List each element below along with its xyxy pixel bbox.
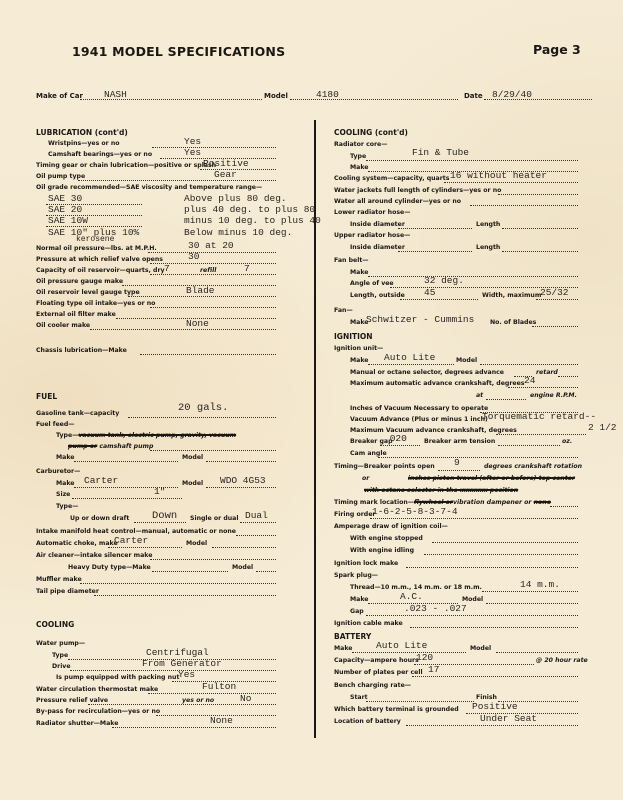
water-around-label: Water all around cylinder—yes or no [334, 198, 461, 206]
lower-length-field[interactable] [502, 228, 578, 229]
level-gauge-field[interactable] [128, 296, 276, 297]
refill-label: refill [200, 267, 216, 274]
gas-tank-label: Gasoline tank—capacity [36, 410, 119, 418]
page-number: Page 3 [533, 42, 581, 57]
oil-pump-field[interactable] [78, 180, 276, 181]
fan-make-value: Schwitzer - Cummins [366, 315, 474, 325]
fuel-make-label: Make [56, 454, 74, 462]
wristpins-label: Wristpins—yes or no [48, 140, 120, 148]
belt-width-field[interactable] [536, 299, 578, 300]
cooling-capacity-value: 16 without heater [450, 171, 547, 181]
arm-tension-label: Breaker arm tension [424, 438, 495, 446]
section-ignition: IGNITION [334, 332, 373, 341]
fuel-type-field[interactable] [150, 450, 276, 451]
pump-drive-field[interactable] [70, 670, 276, 671]
timing-lube-field[interactable] [200, 169, 276, 170]
max-vacuum-field[interactable] [496, 434, 586, 435]
model-label: Model [264, 92, 288, 100]
battery-rate-label: @ 20 hour rate [536, 657, 588, 664]
packing-nut-value: Yes [178, 670, 195, 680]
upper-inside-field[interactable] [398, 251, 472, 252]
battery-model-field[interactable] [496, 652, 578, 653]
timing-points-value: 9 [454, 458, 460, 468]
timing-lube-value: Positive [203, 159, 249, 169]
carb-type-label: Type— [56, 503, 78, 511]
carburetor-label: Carburetor— [36, 468, 80, 476]
ign-make-value: Auto Lite [384, 353, 435, 363]
cooling-capacity-label: Cooling system—capacity, quarts [334, 175, 449, 183]
amperage-label: Amperage draw of ignition coil— [334, 523, 448, 531]
angle-vee-value: 32 deg. [424, 276, 464, 286]
oil-capacity-label: Capacity of oil reservoir—quarts, dry [36, 267, 165, 275]
oil-capacity-refill: 7 [244, 264, 250, 274]
belt-length-field[interactable] [400, 299, 478, 300]
engine-idling-label: With engine idling [350, 547, 414, 555]
water-jackets-label: Water jackets full length of cylinders—y… [334, 187, 501, 195]
oil-grade-sae: SAE 30 [48, 194, 82, 204]
thermostat-value: Fulton [202, 682, 236, 692]
engine-stopped-field[interactable] [432, 542, 578, 543]
fuel-type-struck: vacuum tank, electric pump, gravity, vac… [78, 432, 236, 439]
heavy-duty-label: Heavy Duty type—Make [68, 564, 151, 572]
oil-grade-range: minus 10 deg. to plus 40 [184, 216, 321, 226]
chassis-lube-field[interactable] [140, 354, 276, 355]
oil-cooler-value: None [186, 319, 209, 329]
draft-field[interactable] [134, 522, 186, 523]
single-dual-value: Dual [245, 511, 268, 521]
battery-capacity-value: 120 [416, 653, 433, 663]
muffler-label: Muffler make [36, 576, 82, 584]
fan-blades-field[interactable] [532, 326, 578, 327]
carb-make-value: Carter [84, 476, 118, 486]
wristpins-field[interactable] [152, 147, 276, 148]
oil-pressure-label: Normal oil pressure—lbs. at M.P.H. [36, 245, 157, 253]
oil-pressure-value: 30 at 20 [188, 241, 234, 251]
ign-make-field[interactable] [368, 364, 454, 365]
section-lubrication: LUBRICATION (cont'd) [36, 128, 128, 137]
timing-struck-1: inches piston travel (after or before) t… [408, 475, 575, 482]
pressure-relief-hint: yes or no [182, 697, 214, 704]
pump-type-label: Type [52, 652, 68, 660]
spark-plug-label: Spark plug— [334, 572, 378, 580]
plug-make-label: Make [350, 596, 368, 604]
oil-grade-range: plus 40 deg. to plus 80 [184, 205, 315, 215]
choke-label: Automatic choke, make [36, 540, 118, 548]
thread-value: 14 m.m. [520, 580, 560, 590]
oil-grade-sae-note: kerosene [76, 235, 114, 245]
upper-hose-label: Upper radiator hose— [334, 232, 410, 240]
fuel-model-label: Model [182, 454, 203, 462]
core-type-field[interactable] [366, 160, 578, 161]
heavy-duty-model-label: Model [232, 564, 253, 572]
thermostat-field[interactable] [148, 693, 276, 694]
section-cooling-cont: COOLING (cont'd) [334, 128, 408, 137]
angle-vee-label: Angle of vee [350, 280, 394, 288]
oil-grade-label: Oil grade recommended—SAE viscosity and … [36, 184, 262, 192]
battery-make-label: Make [334, 645, 352, 653]
carb-model-label: Model [182, 480, 203, 488]
oil-grade-range: Above plus 80 deg. [184, 194, 287, 204]
section-fuel: FUEL [36, 392, 57, 401]
ground-terminal-value: Positive [472, 702, 518, 712]
timing-points-label: Timing—Breaker points open [334, 463, 435, 471]
battery-model-label: Model [470, 645, 491, 653]
rpm-field[interactable] [486, 399, 526, 400]
core-make-label: Make [350, 164, 368, 172]
arm-tension-field[interactable] [498, 445, 560, 446]
fan-belt-label: Fan belt— [334, 257, 369, 265]
fuel-make-field[interactable] [74, 461, 178, 462]
heavy-duty-model-field[interactable] [256, 571, 276, 572]
level-gauge-label: Oil reservoir level gauge type [36, 289, 140, 297]
shutter-value: None [210, 716, 233, 726]
timing-or-label: or [362, 475, 369, 482]
core-type-label: Type [350, 153, 366, 161]
battery-location-field[interactable] [406, 725, 578, 726]
plug-model-field[interactable] [486, 603, 578, 604]
battery-make-field[interactable] [352, 652, 466, 653]
bench-start-field[interactable] [366, 701, 474, 702]
relief-valve-label: Pressure at which relief valve opens [36, 256, 163, 264]
timing-points-field[interactable] [438, 470, 480, 471]
firing-order-value: 1-6-2-5-8-3-7-4 [372, 507, 458, 517]
manifold-heat-field[interactable] [236, 535, 276, 536]
breaker-gap-field[interactable] [380, 445, 420, 446]
choke-model-label: Model [186, 540, 207, 548]
pump-drive-value: From Generator [142, 659, 222, 669]
ground-terminal-label: Which battery terminal is grounded [334, 706, 459, 714]
max-advance-label: Maximum automatic advance crankshaft, de… [350, 380, 524, 388]
vacuum-ops-label: Inches of Vacuum Necessary to operate [350, 405, 488, 413]
plug-gap-field[interactable] [366, 615, 578, 616]
battery-capacity-label: Capacity—ampere hours [334, 657, 419, 665]
level-gauge-value: Blade [186, 286, 215, 296]
page-title: 1941 MODEL SPECIFICATIONS [72, 44, 285, 59]
timing-struck-2: with octane selector in the xxxxxxx posi… [364, 487, 518, 494]
max-advance-field[interactable] [508, 387, 578, 388]
ign-make-label: Make [350, 357, 368, 365]
belt-width-label: Width, maximum [482, 292, 541, 300]
retard-label: retard [536, 369, 558, 376]
oil-grade-sae: SAE 10W [48, 216, 88, 226]
fuel-type-remaining: camshaft pump [99, 443, 153, 450]
timing-mark-field[interactable] [550, 506, 578, 507]
timing-mark-rest: vibration dampener or [453, 499, 532, 506]
upper-inside-label: Inside diameter [350, 244, 405, 252]
battery-make-value: Auto Lite [376, 641, 427, 651]
make-of-car-label: Make of Car [36, 92, 83, 100]
date-label: Date [464, 92, 483, 100]
bench-start-label: Start [350, 694, 368, 702]
section-cooling: COOLING [36, 620, 74, 629]
muffler-field[interactable] [80, 583, 276, 584]
lower-inside-label: Inside diameter [350, 221, 405, 229]
choke-model-field[interactable] [212, 547, 276, 548]
pressure-relief-value: No [240, 694, 251, 704]
breaker-gap-value: .020 [384, 434, 407, 444]
at-label: at [476, 392, 483, 399]
date-value: 8/29/40 [492, 89, 532, 100]
oil-grade-sae: SAE 20 [48, 205, 82, 215]
oil-capacity-dry: 7 [164, 264, 170, 274]
ignition-cable-label: Ignition cable make [334, 620, 403, 628]
timing-mark-label: Timing mark location— [334, 499, 414, 506]
timing-points-unit: degrees crankshaft rotation [484, 463, 582, 470]
single-dual-field[interactable] [240, 522, 276, 523]
camshaft-value: Yes [184, 148, 201, 158]
plug-make-value: A.C. [400, 592, 423, 602]
bench-rate-label: Bench charging rate— [334, 682, 411, 690]
gas-tank-field[interactable] [128, 417, 276, 418]
oil-cooler-field[interactable] [90, 329, 276, 330]
shutter-label: Radiator shutter—Make [36, 720, 118, 728]
battery-location-value: Under Seat [480, 714, 537, 724]
oil-gauge-make-label: Oil pressure gauge make [36, 278, 123, 286]
floating-intake-field[interactable] [150, 307, 276, 308]
timing-mark-struck-2: none [534, 499, 551, 506]
thermostat-label: Water circulation thermostat make [36, 686, 158, 694]
engine-idling-field[interactable] [424, 554, 578, 555]
oil-filter-label: External oil filter make [36, 311, 116, 319]
manual-advance-label: Manual or octane selector, degrees advan… [350, 369, 504, 376]
upper-length-field[interactable] [502, 251, 578, 252]
air-cleaner-label: Air cleaner—intake silencer make [36, 552, 152, 560]
lower-inside-field[interactable] [398, 228, 472, 229]
fuel-feed-label: Fuel feed— [36, 421, 75, 429]
fan-blades-label: No. of Blades [490, 319, 536, 327]
pump-type-value: Centrifugal [146, 648, 209, 658]
plates-value: 17 [428, 665, 439, 675]
carb-size-field[interactable] [72, 498, 182, 499]
single-dual-label: Single or dual [190, 515, 238, 523]
draft-label: Up or down draft [70, 515, 129, 523]
thread-field[interactable] [482, 591, 578, 592]
upper-length-label: Length [476, 244, 500, 252]
vacuum-advance-value: Torquematic retard-- [482, 412, 596, 422]
plug-gap-value: .023 - .027 [404, 604, 467, 614]
ignition-lock-field[interactable] [406, 567, 578, 568]
engine-stopped-label: With engine stopped [350, 535, 423, 543]
cam-angle-field[interactable] [378, 457, 578, 458]
ign-model-field[interactable] [480, 364, 578, 365]
radiator-core-label: Radiator core— [334, 141, 387, 149]
floating-intake-label: Floating type oil intake—yes or no [36, 300, 155, 308]
air-cleaner-field[interactable] [150, 559, 276, 560]
tail-pipe-label: Tail pipe diameter [36, 588, 99, 596]
draft-value: Down [152, 511, 177, 521]
heavy-duty-make-field[interactable] [152, 571, 228, 572]
water-jackets-field[interactable] [498, 194, 578, 195]
battery-location-label: Location of battery [334, 718, 401, 726]
lower-hose-label: Lower radiator hose— [334, 209, 410, 217]
timing-lube-label: Timing gear or chain lubrication—positiv… [36, 162, 216, 170]
wristpins-value: Yes [184, 137, 201, 147]
lower-length-label: Length [476, 221, 500, 229]
fuel-type-label: Type— [56, 432, 78, 439]
plates-field[interactable] [412, 676, 578, 677]
water-pump-label: Water pump— [36, 640, 85, 648]
model-value: 4180 [316, 89, 339, 100]
vacuum-advance-label: Vacuum Advance (Plus or minus 1 inch) [350, 416, 488, 424]
max-advance-value: 24 [524, 376, 535, 386]
choke-make-field[interactable] [108, 547, 182, 548]
camshaft-label: Camshaft bearings—yes or no [48, 151, 152, 159]
firing-order-field[interactable] [370, 518, 578, 519]
make-of-car-value: NASH [104, 89, 127, 100]
ignition-cable-field[interactable] [410, 627, 578, 628]
belt-length-label: Length, outside [350, 292, 405, 300]
timing-mark-struck: flywheel or [414, 499, 453, 506]
ignition-unit-label: Ignition unit— [334, 345, 383, 353]
retard-field[interactable] [558, 376, 578, 377]
belt-make-label: Make [350, 269, 368, 277]
relief-valve-value: 30 [188, 252, 199, 262]
belt-length-value: 45 [424, 288, 435, 298]
carb-make-label: Make [56, 480, 74, 488]
section-battery: BATTERY [334, 632, 371, 641]
packing-nut-label: Is pump equipped with packing nut [56, 674, 179, 682]
carb-model-field[interactable] [206, 487, 276, 488]
fuel-model-field[interactable] [206, 461, 276, 462]
fuel-type-struck-2: pump or [68, 443, 97, 450]
core-type-value: Fin & Tube [412, 148, 469, 158]
carb-model-value: WDO 4G53 [220, 476, 266, 486]
shutter-field[interactable] [112, 727, 276, 728]
chassis-lube-label: Chassis lubrication—Make [36, 347, 127, 355]
bypass-label: By-pass for recirculation—yes or no [36, 708, 160, 716]
pump-drive-label: Drive [52, 663, 71, 671]
fan-label: Fan— [334, 307, 353, 315]
choke-make-value: Carter [114, 536, 148, 546]
gas-tank-value: 20 gals. [178, 403, 228, 413]
ignition-lock-label: Ignition lock make [334, 560, 398, 568]
tail-pipe-field[interactable] [94, 595, 276, 596]
oil-pressure-field[interactable] [148, 252, 276, 253]
max-vacuum-label: Maximum Vacuum advance crankshaft, degre… [350, 427, 517, 435]
oil-grade-range: Below minus 10 deg. [184, 228, 292, 238]
max-vacuum-value: 2 1/2 [588, 423, 617, 433]
carb-size-label: Size [56, 491, 70, 499]
cooling-capacity-field[interactable] [444, 182, 578, 183]
oil-pump-value: Gear [214, 170, 237, 180]
plates-label: Number of plates per cell [334, 669, 423, 677]
ign-model-label: Model [456, 357, 477, 365]
carb-size-value: 1" [154, 487, 165, 497]
belt-make-field[interactable] [368, 276, 578, 277]
plug-gap-label: Gap [350, 608, 364, 616]
rpm-label: engine R.P.M. [530, 392, 577, 399]
water-around-field[interactable] [470, 205, 578, 206]
arm-tension-unit: oz. [562, 438, 572, 445]
oil-cooler-label: Oil cooler make [36, 322, 90, 330]
belt-width-value: 25/32 [540, 288, 569, 298]
